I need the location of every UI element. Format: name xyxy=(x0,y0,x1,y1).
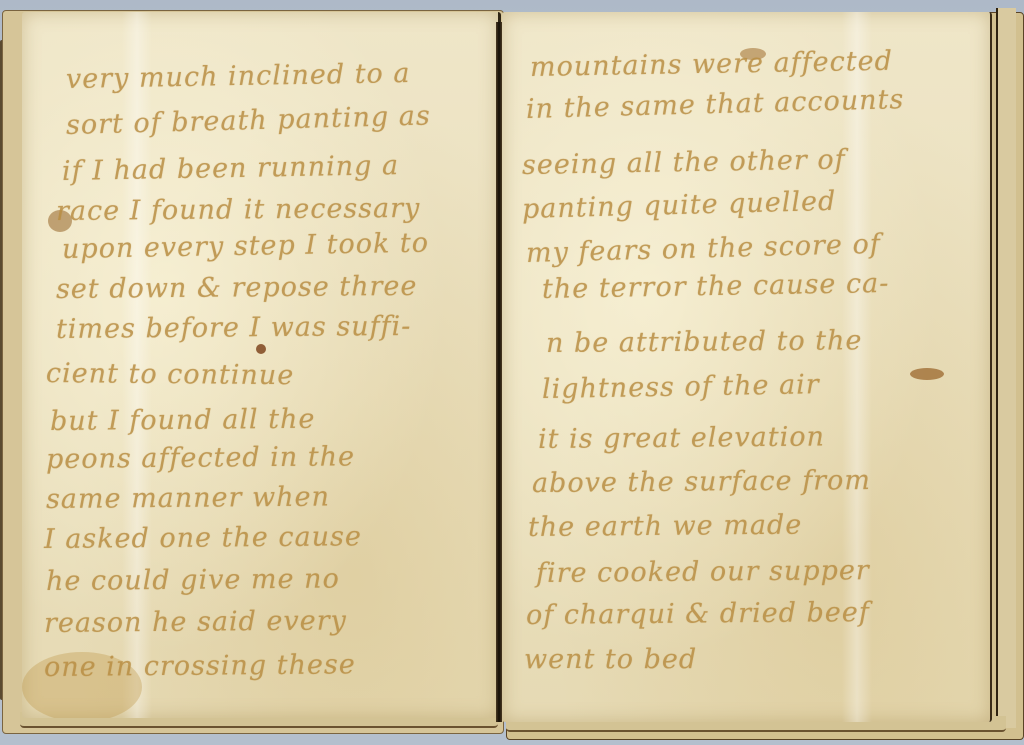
right-page: mountains were affected in the same that… xyxy=(502,12,992,722)
manuscript-line: the earth we made xyxy=(528,510,803,543)
open-notebook: very much inclined to a sort of breath p… xyxy=(0,0,1024,745)
right-page-edge xyxy=(996,8,1016,728)
manuscript-line: mountains were affected xyxy=(530,46,893,83)
manuscript-line: peons affected in the xyxy=(46,441,355,475)
manuscript-line: race I found it necessary xyxy=(56,193,421,227)
manuscript-line: the terror the cause ca- xyxy=(542,268,890,305)
manuscript-line: my fears on the score of xyxy=(526,229,882,269)
manuscript-line: if I had been running a xyxy=(62,150,400,187)
manuscript-line: sort of breath panting as xyxy=(66,100,432,141)
left-page: very much inclined to a sort of breath p… xyxy=(22,12,501,718)
manuscript-line: upon every step I took to xyxy=(62,228,430,265)
ink-spot xyxy=(256,344,266,354)
manuscript-line: went to bed xyxy=(524,644,697,675)
manuscript-line: reason he said every xyxy=(44,605,347,639)
manuscript-line: it is great elevation xyxy=(538,421,825,455)
manuscript-line: I asked one the cause xyxy=(44,521,362,555)
manuscript-line: fire cooked our supper xyxy=(536,555,870,589)
manuscript-line: n be attributed to the xyxy=(546,325,863,359)
manuscript-line: one in crossing these xyxy=(44,649,356,683)
manuscript-line: he could give me no xyxy=(46,563,340,597)
manuscript-line: times before I was suffi- xyxy=(56,311,412,345)
manuscript-line: of charqui & dried beef xyxy=(526,597,870,631)
manuscript-line: very much inclined to a xyxy=(66,58,411,95)
manuscript-line: set down & repose three xyxy=(56,271,418,305)
manuscript-line: lightness of the air xyxy=(542,369,820,405)
manuscript-line: cient to continue xyxy=(46,358,295,391)
manuscript-line: same manner when xyxy=(46,482,330,515)
manuscript-line: panting quite quelled xyxy=(522,186,837,225)
manuscript-line: but I found all the xyxy=(50,404,316,437)
manuscript-line: seeing all the other of xyxy=(522,144,846,181)
manuscript-line: above the surface from xyxy=(532,465,871,499)
ink-blot xyxy=(910,368,944,380)
